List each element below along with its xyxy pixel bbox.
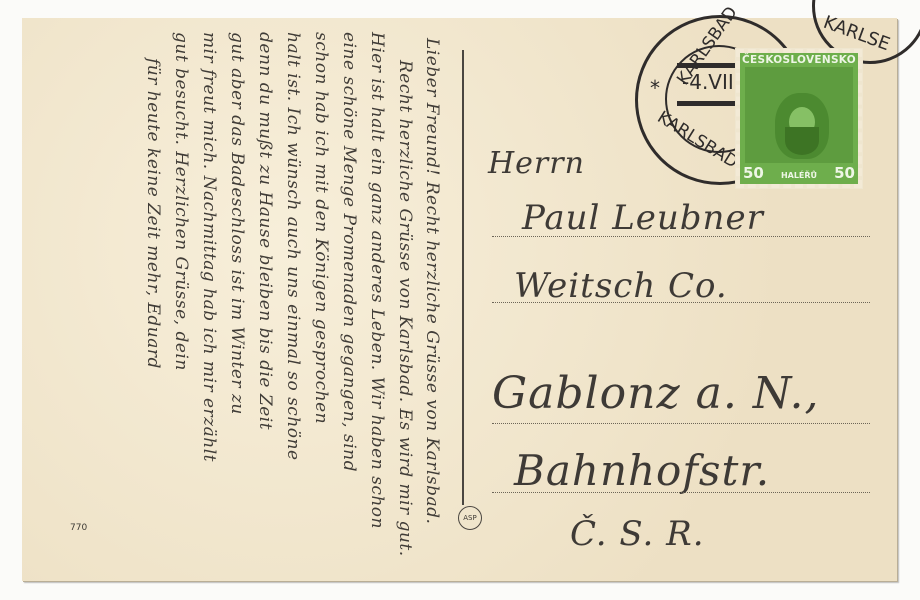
stamp-value-left: 50 xyxy=(743,164,764,182)
message-line: mir freut mich. Nachmittag hab ich mir e… xyxy=(199,32,219,462)
stamp-frame xyxy=(745,67,853,163)
message-line: eine schöne Menge Promenaden gegangen, s… xyxy=(339,32,359,472)
address-salutation: Herrn xyxy=(488,146,585,181)
message-line: Hier ist halt ein ganz anderes Leben. Wi… xyxy=(367,32,387,529)
stamp-value-right: 50 xyxy=(834,164,855,182)
address-street: Bahnhofstr. xyxy=(514,446,770,495)
stamp-country: ČESKOSLOVENSKO xyxy=(740,54,858,66)
address-name: Paul Leubner xyxy=(522,198,764,238)
publisher-logo-icon: ASP xyxy=(458,506,482,530)
message-line: Lieber Freund! Recht herzliche Grüsse vo… xyxy=(422,38,442,524)
postage-stamp: ČESKOSLOVENSKO 50 HALÉŘŮ 50 xyxy=(740,53,858,184)
stamp-currency: HALÉŘŮ xyxy=(776,171,822,180)
postmark-star: * xyxy=(650,76,660,100)
message-line: halt ist. Ich wünsch auch uns einmal so … xyxy=(283,32,303,461)
print-number: 770 xyxy=(70,523,87,533)
address-line2: Weitsch Co. xyxy=(514,266,728,306)
message-line: gut besucht. Herzlichen Grüsse, dein xyxy=(171,32,191,371)
postcard: Lieber Freund! Recht herzliche Grüsse vo… xyxy=(22,18,897,581)
address-line-1 xyxy=(492,236,870,237)
message-line: gut aber das Badeschloss ist im Winter z… xyxy=(227,32,247,415)
address-country: Č. S. R. xyxy=(570,514,705,554)
message-line: schon hab ich mit den Königen gesprochen xyxy=(311,32,331,424)
message-line: Recht herzliche Grüsse von Karlsbad. Es … xyxy=(395,60,415,557)
address-line-2 xyxy=(492,302,870,303)
stamp-portrait xyxy=(775,93,829,159)
divider-line xyxy=(462,50,464,505)
message-line: für heute keine Zeit mehr, Eduard xyxy=(143,58,163,369)
address-line-4 xyxy=(492,492,870,493)
address-line-3 xyxy=(492,423,870,424)
message-line: denn du mußt zu Hause bleiben bis die Ze… xyxy=(255,32,275,430)
address-city: Gablonz a. N., xyxy=(492,368,819,419)
